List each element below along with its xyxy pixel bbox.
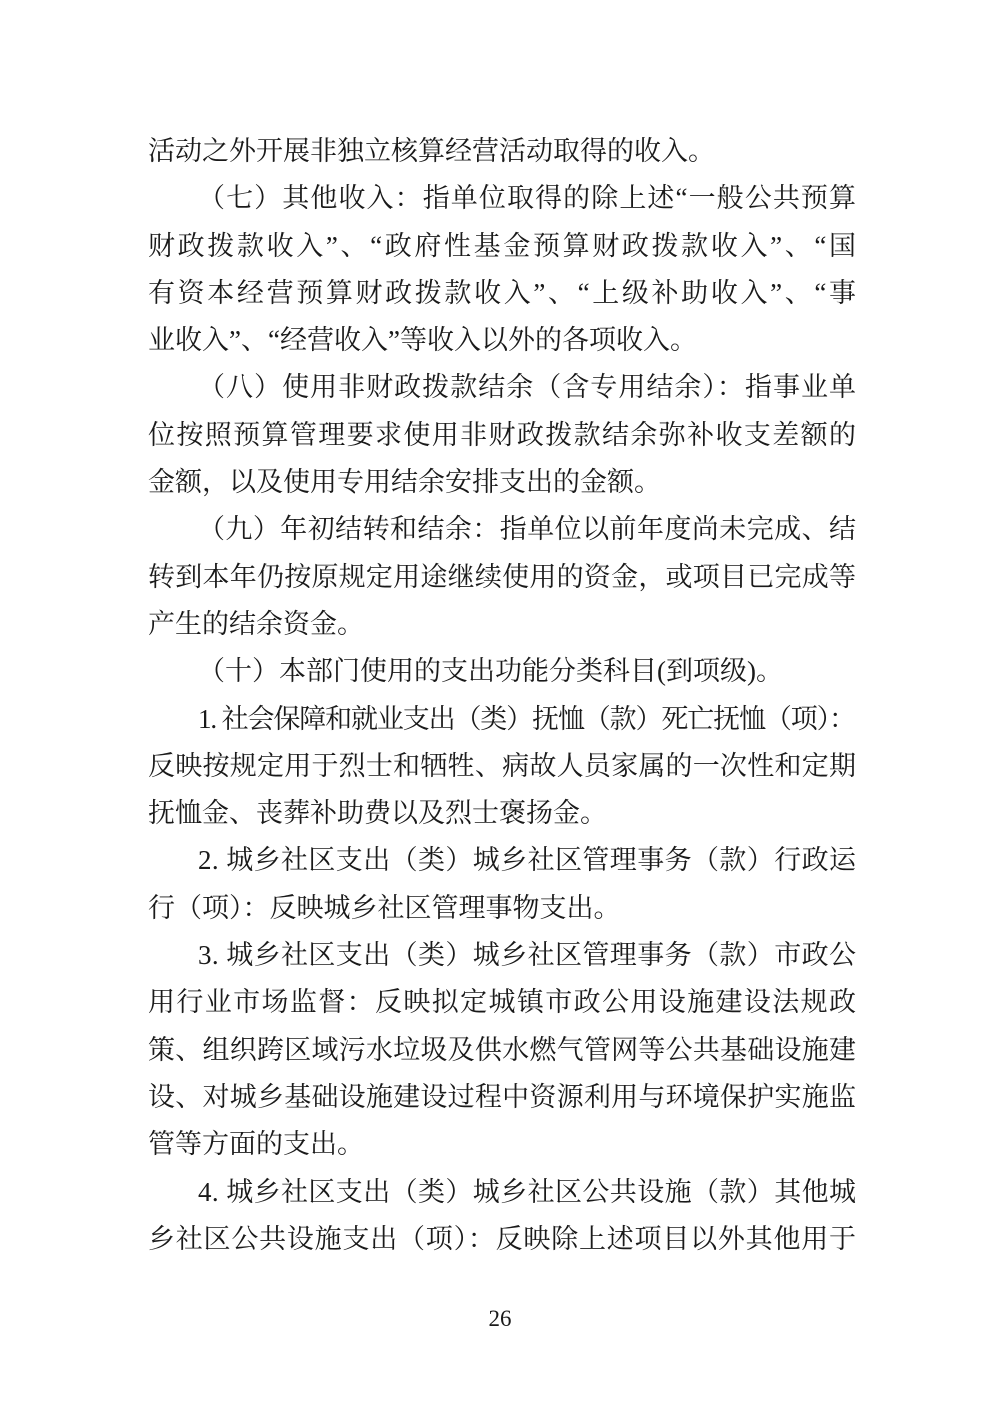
paragraph: 1. 社会保障和就业支出（类）抚恤（款）死亡抚恤（项）：反映按规定用于烈士和牺牲…: [148, 696, 856, 838]
text-line: 2. 城乡社区支出（类）城乡社区管理事务（款）行政运: [148, 837, 856, 884]
text-line: （九）年初结转和结余：指单位以前年度尚未完成、结: [148, 506, 856, 553]
text-line: 行（项）：反映城乡社区管理事物支出。: [148, 885, 856, 932]
paragraph: 2. 城乡社区支出（类）城乡社区管理事务（款）行政运行（项）：反映城乡社区管理事…: [148, 837, 856, 932]
text-line: 设、对城乡基础设施建设过程中资源利用与环境保护实施监: [148, 1074, 856, 1121]
paragraph: 3. 城乡社区支出（类）城乡社区管理事务（款）市政公用行业市场监督：反映拟定城镇…: [148, 932, 856, 1168]
text-line: 有资本经营预算财政拨款收入”、“上级补助收入”、“事: [148, 270, 856, 317]
text-line: 活动之外开展非独立核算经营活动取得的收入。: [148, 128, 856, 175]
text-line: 产生的结余资金。: [148, 601, 856, 648]
text-line: 乡社区公共设施支出（项）：反映除上述项目以外其他用于: [148, 1216, 856, 1263]
text-line: 管等方面的支出。: [148, 1121, 856, 1168]
text-line: 用行业市场监督：反映拟定城镇市政公用设施建设法规政: [148, 979, 856, 1026]
paragraph: （十）本部门使用的支出功能分类科目(到项级)。: [148, 648, 856, 695]
text-line: （八）使用非财政拨款结余（含专用结余）：指事业单: [148, 364, 856, 411]
paragraph: （八）使用非财政拨款结余（含专用结余）：指事业单位按照预算管理要求使用非财政拨款…: [148, 364, 856, 506]
document-body: 活动之外开展非独立核算经营活动取得的收入。（七）其他收入：指单位取得的除上述“一…: [148, 128, 856, 1263]
text-line: 金额，以及使用专用结余安排支出的金额。: [148, 459, 856, 506]
text-line: （十）本部门使用的支出功能分类科目(到项级)。: [148, 648, 856, 695]
text-line: 4. 城乡社区支出（类）城乡社区公共设施（款）其他城: [148, 1169, 856, 1216]
text-line: 抚恤金、丧葬补助费以及烈士褒扬金。: [148, 790, 856, 837]
text-line: 反映按规定用于烈士和牺牲、病故人员家属的一次性和定期: [148, 743, 856, 790]
text-line: 转到本年仍按原规定用途继续使用的资金，或项目已完成等: [148, 554, 856, 601]
text-line: 1. 社会保障和就业支出（类）抚恤（款）死亡抚恤（项）：: [148, 696, 856, 743]
paragraph: 活动之外开展非独立核算经营活动取得的收入。: [148, 128, 856, 175]
text-line: 3. 城乡社区支出（类）城乡社区管理事务（款）市政公: [148, 932, 856, 979]
paragraph: 4. 城乡社区支出（类）城乡社区公共设施（款）其他城乡社区公共设施支出（项）：反…: [148, 1169, 856, 1264]
page-number: 26: [0, 1304, 1000, 1334]
text-line: （七）其他收入：指单位取得的除上述“一般公共预算: [148, 175, 856, 222]
text-line: 位按照预算管理要求使用非财政拨款结余弥补收支差额的: [148, 412, 856, 459]
text-line: 业收入”、“经营收入”等收入以外的各项收入。: [148, 317, 856, 364]
paragraph: （九）年初结转和结余：指单位以前年度尚未完成、结转到本年仍按原规定用途继续使用的…: [148, 506, 856, 648]
text-line: 策、组织跨区域污水垃圾及供水燃气管网等公共基础设施建: [148, 1027, 856, 1074]
text-line: 财政拨款收入”、“政府性基金预算财政拨款收入”、“国: [148, 223, 856, 270]
paragraph: （七）其他收入：指单位取得的除上述“一般公共预算财政拨款收入”、“政府性基金预算…: [148, 175, 856, 364]
document-page: 活动之外开展非独立核算经营活动取得的收入。（七）其他收入：指单位取得的除上述“一…: [0, 0, 1000, 1414]
